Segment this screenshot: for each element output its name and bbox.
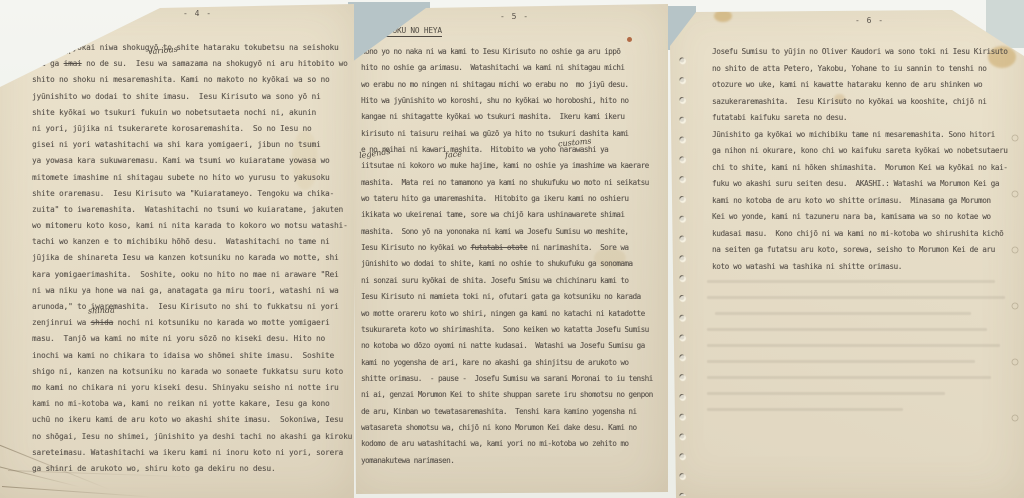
text-line: jyūnishito wo dodai to shite imasu. Iesu… bbox=[32, 89, 352, 105]
text-line: zuita" to iwaremashita. Watashitachi no … bbox=[32, 202, 352, 218]
text-line: kara yomigaerimashita. Soshite, ooku no … bbox=[32, 267, 352, 283]
text-line: ikikata wo ukeirenai tame, sore wa chijō… bbox=[361, 207, 653, 223]
text-line: shigo ni, kanzen na kotsuniku no karada … bbox=[32, 364, 352, 380]
text-line: hito no oshie ga arimasu. Watashitachi w… bbox=[361, 60, 653, 76]
typewritten-text: Josefu Sumisu to yūjin no Oliver Kaudori… bbox=[712, 44, 1008, 275]
text-line: mo kami no chikara ni yoru kiseki desu. … bbox=[32, 380, 352, 396]
handwritten-gloss: face bbox=[445, 149, 463, 159]
text-line: gisei ni yori watashitachi wa shi kara y… bbox=[32, 137, 352, 153]
text-line: sha ga imai no de su. Iesu wa samazama n… bbox=[32, 56, 352, 72]
text-line: kudasai masu. Kono chijō ni wa kami no m… bbox=[712, 226, 1008, 243]
bleed-through-line bbox=[707, 296, 1005, 299]
text-line: kangae ni shitagatte kyōkai wo tsukuri m… bbox=[361, 109, 653, 125]
text-line: futatabi kaifuku sareta no desu. bbox=[712, 110, 1008, 127]
text-line: shite oraremasu. Iesu Kirisuto wa "Kuiar… bbox=[32, 186, 352, 202]
text-line: Hito wa jyūnishito wo koroshi, shu no ky… bbox=[361, 93, 653, 109]
text-line: kami no yogensha de ari, kare no akashi … bbox=[361, 355, 653, 371]
text-line: Iesu Kirisuto ni mamieta toki ni, ofutar… bbox=[361, 289, 653, 305]
text-line: wo erabu no mo ningen ni shitagau michi … bbox=[361, 77, 653, 93]
binder-holes-left-edge bbox=[0, 118, 3, 474]
text-line: no shito de atta Petero, Yakobu, Yohane … bbox=[712, 61, 1008, 78]
text-line: wo tateru hito ga umaremashita. Hitobito… bbox=[361, 191, 653, 207]
text-line: kirisuto ni taisuru reihai wa gūzō ya hi… bbox=[361, 126, 653, 142]
text-line: no shōgai, Iesu no shimei, jūnishito ya … bbox=[32, 429, 352, 445]
text-line: Iesu Kirisuto no kyōkai wo futatabi otat… bbox=[361, 240, 653, 256]
text-line: fuku wo akashi suru seiten desu. AKASHI.… bbox=[712, 176, 1008, 193]
text-line: mashita. Mata rei no tamamono ya kami no… bbox=[361, 175, 653, 191]
text-line: mashita. Sono yō na yononaka ni kami wa … bbox=[361, 224, 653, 240]
text-line: arunoda," to iwaremashita. Iesu Kirisuto… bbox=[32, 299, 352, 315]
text-line: zenjinrui wa shida nochi ni kotsuniku no… bbox=[32, 315, 352, 331]
typewritten-page-4: - 4 - Kami no kyōkai niwa shokugyō to sh… bbox=[0, 0, 354, 498]
text-line: sazukeraremashita. Iesu Kirisuto no kyōk… bbox=[712, 94, 1008, 111]
bleed-through-line bbox=[707, 392, 945, 395]
bleed-through-line bbox=[707, 360, 975, 363]
text-line: na seiten ga futatsu aru koto, sorewa, s… bbox=[712, 242, 1008, 259]
text-line: masu. Tanjō wa kami no mite ni yoru sōzō… bbox=[32, 331, 352, 347]
typewritten-text: Kono yo no naka ni wa kami to Iesu Kiris… bbox=[361, 44, 653, 469]
text-line: wo motte orareru koto wo shiri, ningen g… bbox=[361, 306, 653, 322]
bleed-through-line bbox=[707, 280, 995, 283]
text-line: koto wo watashi wa tashika ni shitte ori… bbox=[712, 259, 1008, 276]
typewritten-text: Kami no kyōkai niwa shokugyō to shite ha… bbox=[32, 40, 352, 477]
bleed-through-line bbox=[707, 408, 903, 411]
text-line: ga nihon ni okurare, kono chi wo kaifuku… bbox=[712, 143, 1008, 160]
text-line: Jūnishito ga kyōkai wo michibiku tame ni… bbox=[712, 127, 1008, 144]
text-line: Josefu Sumisu to yūjin no Oliver Kaudori… bbox=[712, 44, 1008, 61]
paper-stain bbox=[627, 37, 632, 42]
text-line: otozure wo uke, kami ni kawatte hataraku… bbox=[712, 77, 1008, 94]
binder-holes bbox=[674, 52, 690, 496]
text-line: kami no kotoba de aru koto wo shitte ori… bbox=[712, 193, 1008, 210]
text-line: ni yori, jūjika ni tsukerarete korosarem… bbox=[32, 121, 352, 137]
text-line: sareteimasu. Watashitachi wa ikeru kami … bbox=[32, 445, 352, 461]
text-line: shito no shoku ni mesaremashita. Kami no… bbox=[32, 72, 352, 88]
text-line: inochi wa kami no chikara to idaisa wo s… bbox=[32, 348, 352, 364]
text-line: chi to shite, kami ni hōken shimashita. … bbox=[712, 160, 1008, 177]
page-number: - 6 - bbox=[855, 16, 884, 25]
text-line: mitomete imashime ni shitagau subete no … bbox=[32, 170, 352, 186]
bleed-through-line bbox=[707, 328, 987, 331]
bleed-through-line bbox=[707, 344, 1000, 347]
text-line: shite kyōkai wo tsukuri fukuin wo nobets… bbox=[32, 105, 352, 121]
text-line: de aru, Kinban wo tewatasaremashita. Ten… bbox=[361, 404, 653, 420]
paper-stain bbox=[714, 10, 732, 22]
text-line: yomanakutewa narimasen. bbox=[361, 453, 653, 469]
page-number: - 4 - bbox=[183, 9, 212, 18]
bleed-through-text bbox=[707, 280, 1007, 424]
handwritten-correction: shinda bbox=[88, 306, 115, 316]
text-line: Kami no kyōkai niwa shokugyō to shite ha… bbox=[32, 40, 352, 56]
text-line: Kono yo no naka ni wa kami to Iesu Kiris… bbox=[361, 44, 653, 60]
text-line: iitsutae ni kokoro wo muke hajime, kami … bbox=[361, 158, 653, 174]
text-line: kodomo de aru watashitachi wa, kami yori… bbox=[361, 436, 653, 452]
handwritten-correction: inai bbox=[56, 47, 71, 57]
text-line: tsukurareta koto wo shirimashita. Sono k… bbox=[361, 322, 653, 338]
bleed-through-line bbox=[715, 312, 971, 315]
text-line: no kotoba wo dōzo oyomi ni natte kudasai… bbox=[361, 338, 653, 354]
text-line: tachi wo kanzen e to michibiku hōhō desu… bbox=[32, 234, 352, 250]
page-number: - 5 - bbox=[500, 12, 529, 21]
scanned-document: - 4 - Kami no kyōkai niwa shokugyō to sh… bbox=[0, 0, 1024, 498]
bleed-through-line bbox=[707, 376, 991, 379]
typewritten-page-5: - 5 - 5. KAIFUKU NO HEYA Kono yo no naka… bbox=[346, 0, 668, 498]
text-line: shitte orimasu. - pause - Josefu Sumisu … bbox=[361, 371, 653, 387]
text-line: ya yowasa kara sukuwaremasu. Kami wa tsu… bbox=[32, 153, 352, 169]
torn-hole-marks-right-edge bbox=[1006, 128, 1023, 428]
text-line: watasareta shomotsu wa, chijō ni kono Mo… bbox=[361, 420, 653, 436]
text-line: ni wa niku ya hone wa nai ga, anatagata … bbox=[32, 283, 352, 299]
typewritten-page-6: - 6 - Josefu Sumisu to yūjin no Oliver K… bbox=[662, 0, 1024, 498]
text-line: ga shinri de arukoto wo, shiru koto ga d… bbox=[32, 461, 352, 477]
text-line: ni sonzai suru kyōkai de shita. Josefu S… bbox=[361, 273, 653, 289]
text-line: jūjika de shinareta Iesu wa kanzen kotsu… bbox=[32, 250, 352, 266]
text-line: jūnishito wo dodai to shite, kami no osh… bbox=[361, 256, 653, 272]
text-line: uchū no ikeru kami de aru koto wo akashi… bbox=[32, 412, 352, 428]
text-line: wo mitomeru koto koso, kami ni nita kara… bbox=[32, 218, 352, 234]
text-line: e no reihai ni kawari mashita. Hitobito … bbox=[361, 142, 653, 158]
text-line: Kei wo yonde, kami ni tazuneru nara ba, … bbox=[712, 209, 1008, 226]
text-line: ni ai, genzai Morumon Kei to shite shupp… bbox=[361, 387, 653, 403]
text-line: kami no mi-kotoba wa, kami no reikan ni … bbox=[32, 396, 352, 412]
paper-crease bbox=[2, 486, 152, 497]
